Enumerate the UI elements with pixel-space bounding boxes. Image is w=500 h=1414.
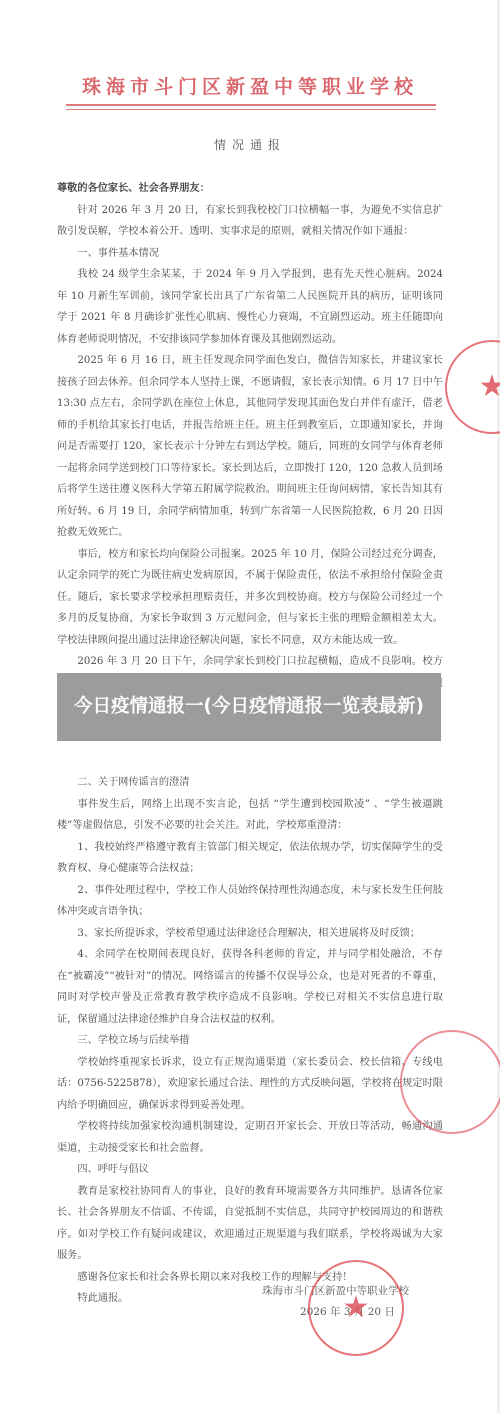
section-2-item: 4、余同学在校期间表现良好，获得各科老师的肯定，并与同学相处融洽，不存在“被霸凌… — [57, 944, 443, 1030]
overlay-title-banner[interactable]: 今日疫情通报一(今日疫情通报一览表最新) — [57, 673, 441, 741]
section-3-heading: 三、学校立场与后续举措 — [57, 1030, 443, 1052]
section-2-item: 3、家长所提诉求，学校希望通过法律途径合理解决，相关进展将及时反馈； — [57, 923, 443, 945]
official-seal-stamp: ★ — [400, 1030, 500, 1134]
intro-paragraph: 针对 2026 年 3 月 20 日，有家长到我校校门口拉横幅一事，为避免不实信… — [57, 200, 443, 243]
body-part-2: 二、关于网传谣言的澄清 事件发生后，网络上出现不实言论，包括 “学生遭到校园欺凌… — [57, 772, 443, 1310]
official-seal-stamp: ★ — [445, 340, 500, 434]
banner-text: 今日疫情通报一(今日疫情通报一览表最新) — [74, 693, 424, 721]
document-page: 珠海市斗门区新盈中等职业学校 情况通报 尊敬的各位家长、社会各界朋友： 针对 2… — [0, 0, 500, 1414]
school-letterhead: 珠海市斗门区新盈中等职业学校 — [0, 72, 500, 99]
section-3-paragraph: 学校始终重视家长诉求，设立有正规沟通渠道（家长委员会、校长信箱、专线电话：075… — [57, 1052, 443, 1117]
section-2-item: 2、事件处理过程中，学校工作人员始终保持理性沟通态度，未与家长发生任何肢体冲突或… — [57, 880, 443, 923]
section-3-paragraph: 学校将持续加强家校沟通机制建设，定期召开家长会、开放日等活动，畅通沟通渠道，主动… — [57, 1116, 443, 1159]
section-1-heading: 一、事件基本情况 — [57, 243, 443, 265]
salutation: 尊敬的各位家长、社会各界朋友： — [57, 178, 443, 200]
section-1-paragraph: 我校 24 级学生余某某，于 2024 年 9 月入学报到，患有先天性心脏病。2… — [57, 264, 443, 350]
body-part-1: 尊敬的各位家长、社会各界朋友： 针对 2026 年 3 月 20 日，有家长到我… — [57, 178, 443, 716]
official-seal-stamp: ★ — [308, 1260, 404, 1356]
section-1-paragraph: 事后，校方和家长均向保险公司报案。2025 年 10 月，保险公司经过充分调查，… — [57, 544, 443, 652]
section-2-item: 1、我校始终严格遵守教育主管部门相关规定，依法依规办学，切实保障学生的受教育权、… — [57, 837, 443, 880]
letterhead-rule-thin — [66, 109, 436, 110]
seal-star-icon: ★ — [343, 1293, 370, 1323]
section-4-heading: 四、呼吁与倡议 — [57, 1159, 443, 1181]
letterhead-rule-thick — [66, 104, 436, 106]
section-4-paragraph: 教育是家校社协同育人的事业，良好的教育环境需要各方共同维护。恳请各位家长、社会各… — [57, 1181, 443, 1267]
section-2-heading: 二、关于网传谣言的澄清 — [57, 772, 443, 794]
document-title: 情况通报 — [0, 136, 500, 153]
seal-star-icon: ★ — [479, 372, 500, 402]
section-1-paragraph: 2025 年 6 月 16 日，班主任发现余同学面色发白，微信告知家长，并建议家… — [57, 350, 443, 544]
section-2-intro: 事件发生后，网络上出现不实言论，包括 “学生遭到校园欺凌” 、“学生被逼跳楼”等… — [57, 794, 443, 837]
